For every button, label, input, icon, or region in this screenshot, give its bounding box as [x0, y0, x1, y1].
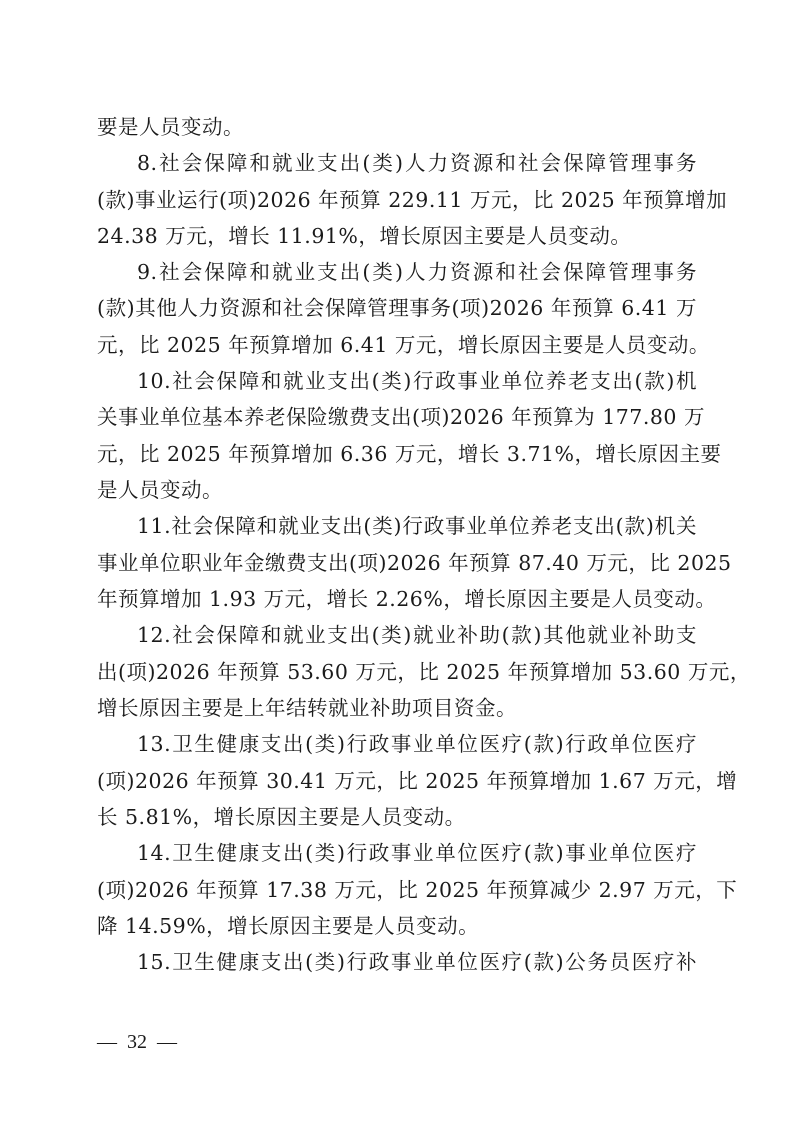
text-line: 元，比 2025 年预算增加 6.36 万元，增长 3.71%，增长原因主要	[97, 439, 697, 469]
paragraph-first-line: 10.社会保障和就业支出(类)行政事业单位养老支出(款)机	[137, 366, 697, 396]
text-line: 是人员变动。	[97, 475, 223, 505]
text-line: 出(项)2026 年预算 53.60 万元，比 2025 年预算增加 53.60…	[97, 657, 697, 687]
text-line: (项)2026 年预算 30.41 万元，比 2025 年预算增加 1.67 万…	[97, 766, 697, 796]
text-line: 降 14.59%，增长原因主要是人员变动。	[97, 911, 479, 941]
text-line: 关事业单位基本养老保险缴费支出(项)2026 年预算为 177.80 万	[97, 402, 697, 432]
text-line: (款)其他人力资源和社会保障管理事务(项)2026 年预算 6.41 万	[97, 293, 697, 323]
document-page: 要是人员变动。8.社会保障和就业支出(类)人力资源和社会保障管理事务(款)事业运…	[0, 0, 793, 1122]
text-line: (款)事业运行(项)2026 年预算 229.11 万元，比 2025 年预算增…	[97, 185, 697, 215]
text-line: 事业单位职业年金缴费支出(项)2026 年预算 87.40 万元，比 2025	[97, 548, 697, 578]
text-line: 元，比 2025 年预算增加 6.41 万元，增长原因主要是人员变动。	[97, 330, 697, 360]
paragraph-first-line: 13.卫生健康支出(类)行政事业单位医疗(款)行政单位医疗	[137, 729, 697, 759]
paragraph-first-line: 11.社会保障和就业支出(类)行政事业单位养老支出(款)机关	[137, 511, 697, 541]
text-line: 长 5.81%，增长原因主要是人员变动。	[97, 802, 466, 832]
text-line: 增长原因主要是上年结转就业补助项目资金。	[97, 693, 517, 723]
text-line: 年预算增加 1.93 万元，增长 2.26%，增长原因主要是人员变动。	[97, 584, 697, 614]
paragraph-first-line: 9.社会保障和就业支出(类)人力资源和社会保障管理事务	[137, 257, 697, 287]
text-line: 要是人员变动。	[97, 112, 244, 142]
page-number: — 32 —	[97, 1028, 177, 1056]
text-line: (项)2026 年预算 17.38 万元，比 2025 年预算减少 2.97 万…	[97, 875, 697, 905]
paragraph-first-line: 15.卫生健康支出(类)行政事业单位医疗(款)公务员医疗补	[137, 947, 697, 977]
paragraph-first-line: 12.社会保障和就业支出(类)就业补助(款)其他就业补助支	[137, 620, 697, 650]
paragraph-first-line: 14.卫生健康支出(类)行政事业单位医疗(款)事业单位医疗	[137, 838, 697, 868]
paragraph-first-line: 8.社会保障和就业支出(类)人力资源和社会保障管理事务	[137, 148, 697, 178]
text-line: 24.38 万元，增长 11.91%，增长原因主要是人员变动。	[97, 221, 631, 251]
